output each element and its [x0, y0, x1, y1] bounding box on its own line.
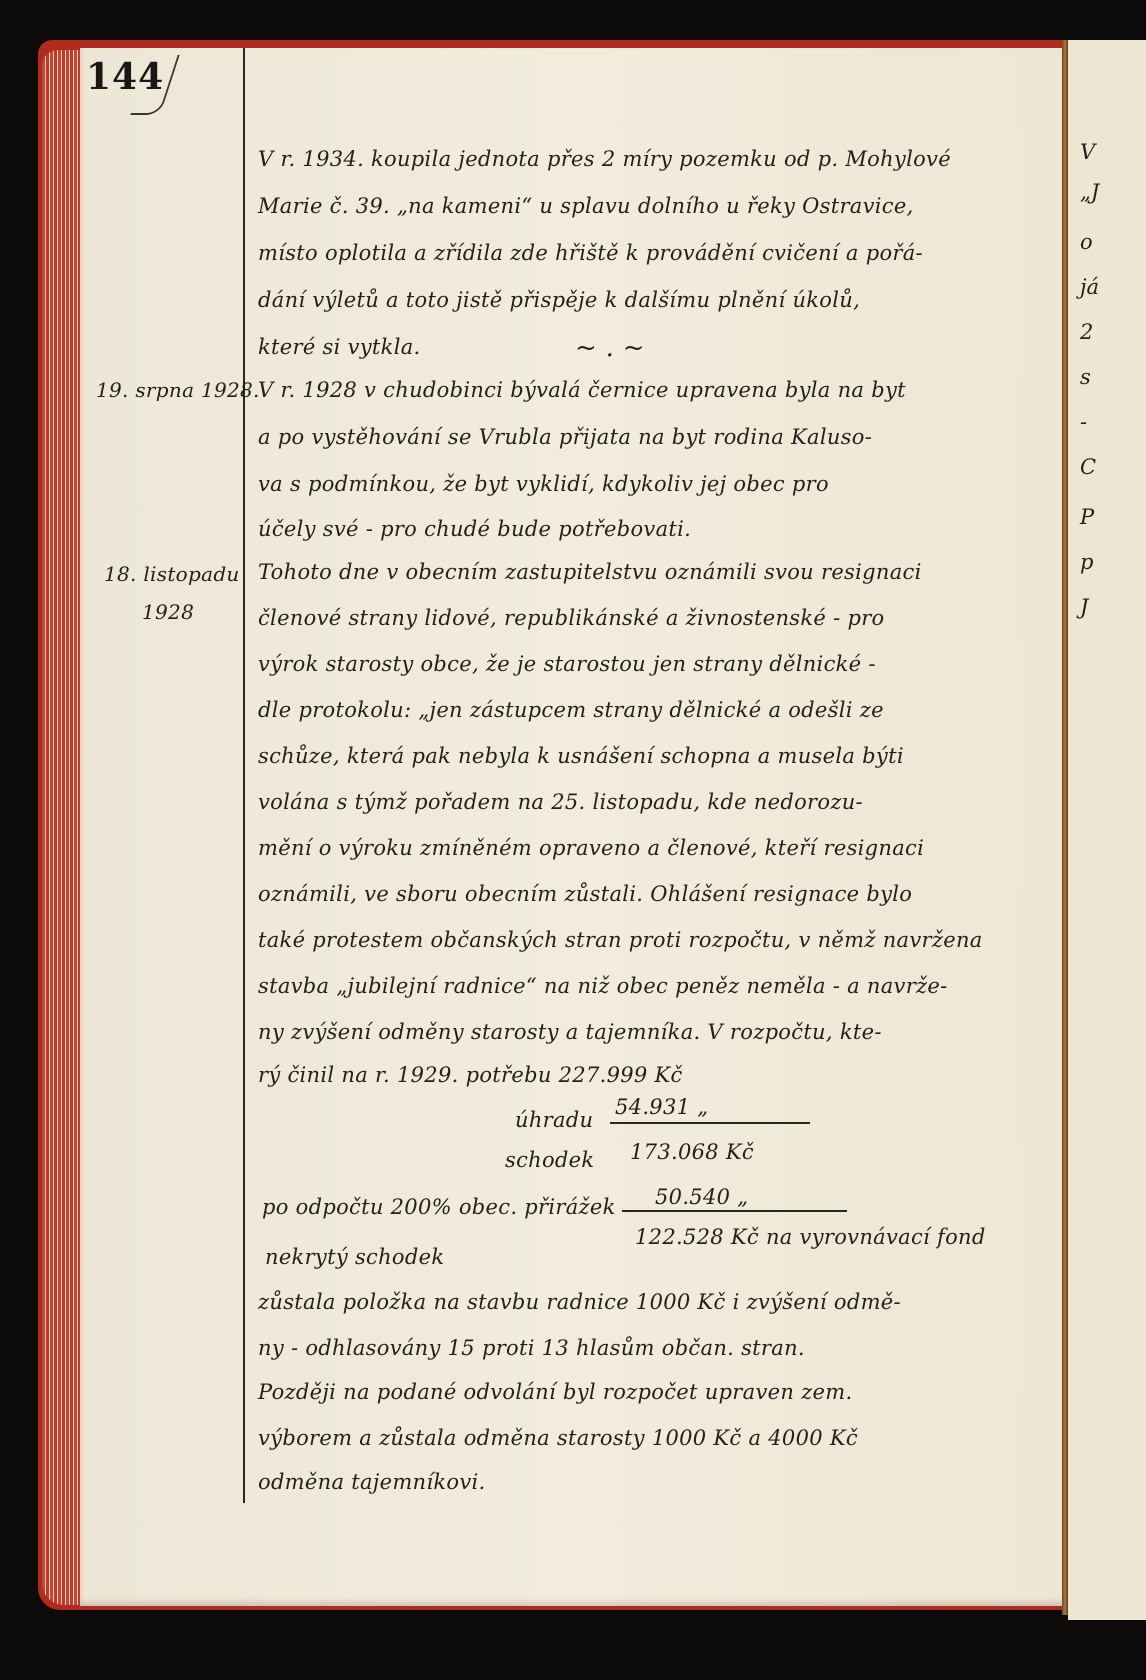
- entry-line: zůstala položka na stavbu radnice 1000 K…: [258, 1290, 901, 1314]
- entry-line: ny zvýšení odměny starosty a tajemníka. …: [258, 1020, 882, 1044]
- facing-page-fragment: C: [1080, 455, 1096, 479]
- entry-line: účely své - pro chudé bude potřebovati.: [258, 517, 691, 541]
- facing-page-fragment: p: [1080, 550, 1093, 574]
- entry-line: členové strany lidové, republikánské a ž…: [258, 606, 885, 630]
- entry-line: Tohoto dne v obecním zastupitelstvu ozná…: [258, 560, 922, 584]
- entry-line: oznámili, ve sboru obecním zůstali. Ohlá…: [258, 882, 912, 906]
- budget-cover-value: 54.931 „: [615, 1095, 708, 1119]
- entry-line: Později na podané odvolání byl rozpočet …: [258, 1380, 852, 1404]
- entry-date: 18. listopadu: [104, 562, 240, 586]
- entry-line: schůze, která pak nebyla k usnášení scho…: [258, 744, 904, 768]
- entry-line: místo oplotila a zřídila zde hřiště k pr…: [258, 241, 923, 265]
- budget-surcharge-value: 50.540 „: [655, 1185, 748, 1209]
- facing-page-fragment: 2: [1080, 320, 1093, 344]
- facing-page-fragment: V: [1080, 140, 1095, 164]
- ledger-page: [80, 48, 1065, 1606]
- sum-rule: [610, 1122, 810, 1124]
- entry-line: va s podmínkou, že byt vyklidí, kdykoliv…: [258, 472, 829, 496]
- entry-line: Marie č. 39. „na kameni“ u splavu dolníh…: [258, 194, 914, 218]
- sum-rule: [622, 1210, 847, 1212]
- entry-line: které si vytkla.: [258, 335, 421, 359]
- margin-rule: [243, 48, 245, 1503]
- entry-line: mění o výroku zmíněném opraveno a členov…: [258, 836, 924, 860]
- entry-date: 19. srpna 1928.: [96, 378, 260, 402]
- facing-page-fragment: s: [1080, 365, 1091, 389]
- budget-surcharge-label: po odpočtu 200% obec. přirážek: [262, 1195, 616, 1219]
- budget-cover-label: úhradu: [515, 1108, 593, 1132]
- entry-line: V r. 1934. koupila jednota přes 2 míry p…: [258, 147, 951, 171]
- entry-line: také protestem občanských stran proti ro…: [258, 928, 983, 952]
- entry-line: ny - odhlasovány 15 proti 13 hlasům obča…: [258, 1336, 805, 1360]
- facing-page-fragment: -: [1080, 410, 1087, 434]
- entry-line: dání výletů a toto jistě přispěje k dalš…: [258, 288, 860, 312]
- facing-page-fragment: já: [1080, 275, 1099, 299]
- entry-line: dle protokolu: „jen zástupcem strany děl…: [258, 698, 884, 722]
- budget-deficit-label: schodek: [505, 1148, 594, 1172]
- facing-page-fragment: „J: [1080, 180, 1099, 204]
- entry-line: stavba „jubilejní radnice“ na niž obec p…: [258, 974, 948, 998]
- budget-uncovered-label: nekrytý schodek: [265, 1245, 444, 1269]
- entry-line: výrok starosty obce, že je starostou jen…: [258, 652, 876, 676]
- entry-line: V r. 1928 v chudobinci bývalá černice up…: [258, 378, 906, 402]
- page-edges: [42, 50, 84, 1605]
- entry-line: odměna tajemníkovi.: [258, 1470, 486, 1494]
- facing-page-fragment: o: [1080, 230, 1093, 254]
- entry-line: volána s týmž pořadem na 25. listopadu, …: [258, 790, 863, 814]
- facing-page-fragment: P: [1080, 505, 1094, 529]
- entry-line: a po vystěhování se Vrubla přijata na by…: [258, 425, 872, 449]
- entry-date-year: 1928: [142, 600, 194, 624]
- entry-line: rý činil na r. 1929. potřebu 227.999 Kč: [258, 1063, 683, 1087]
- budget-deficit-value: 173.068 Kč: [630, 1140, 754, 1164]
- entry-line: výborem a zůstala odměna starosty 1000 K…: [258, 1426, 858, 1450]
- section-separator: ~ . ~: [575, 333, 645, 363]
- facing-page-fragment: J: [1080, 595, 1088, 619]
- budget-uncovered-value: 122.528 Kč na vyrovnávací fond: [635, 1225, 986, 1249]
